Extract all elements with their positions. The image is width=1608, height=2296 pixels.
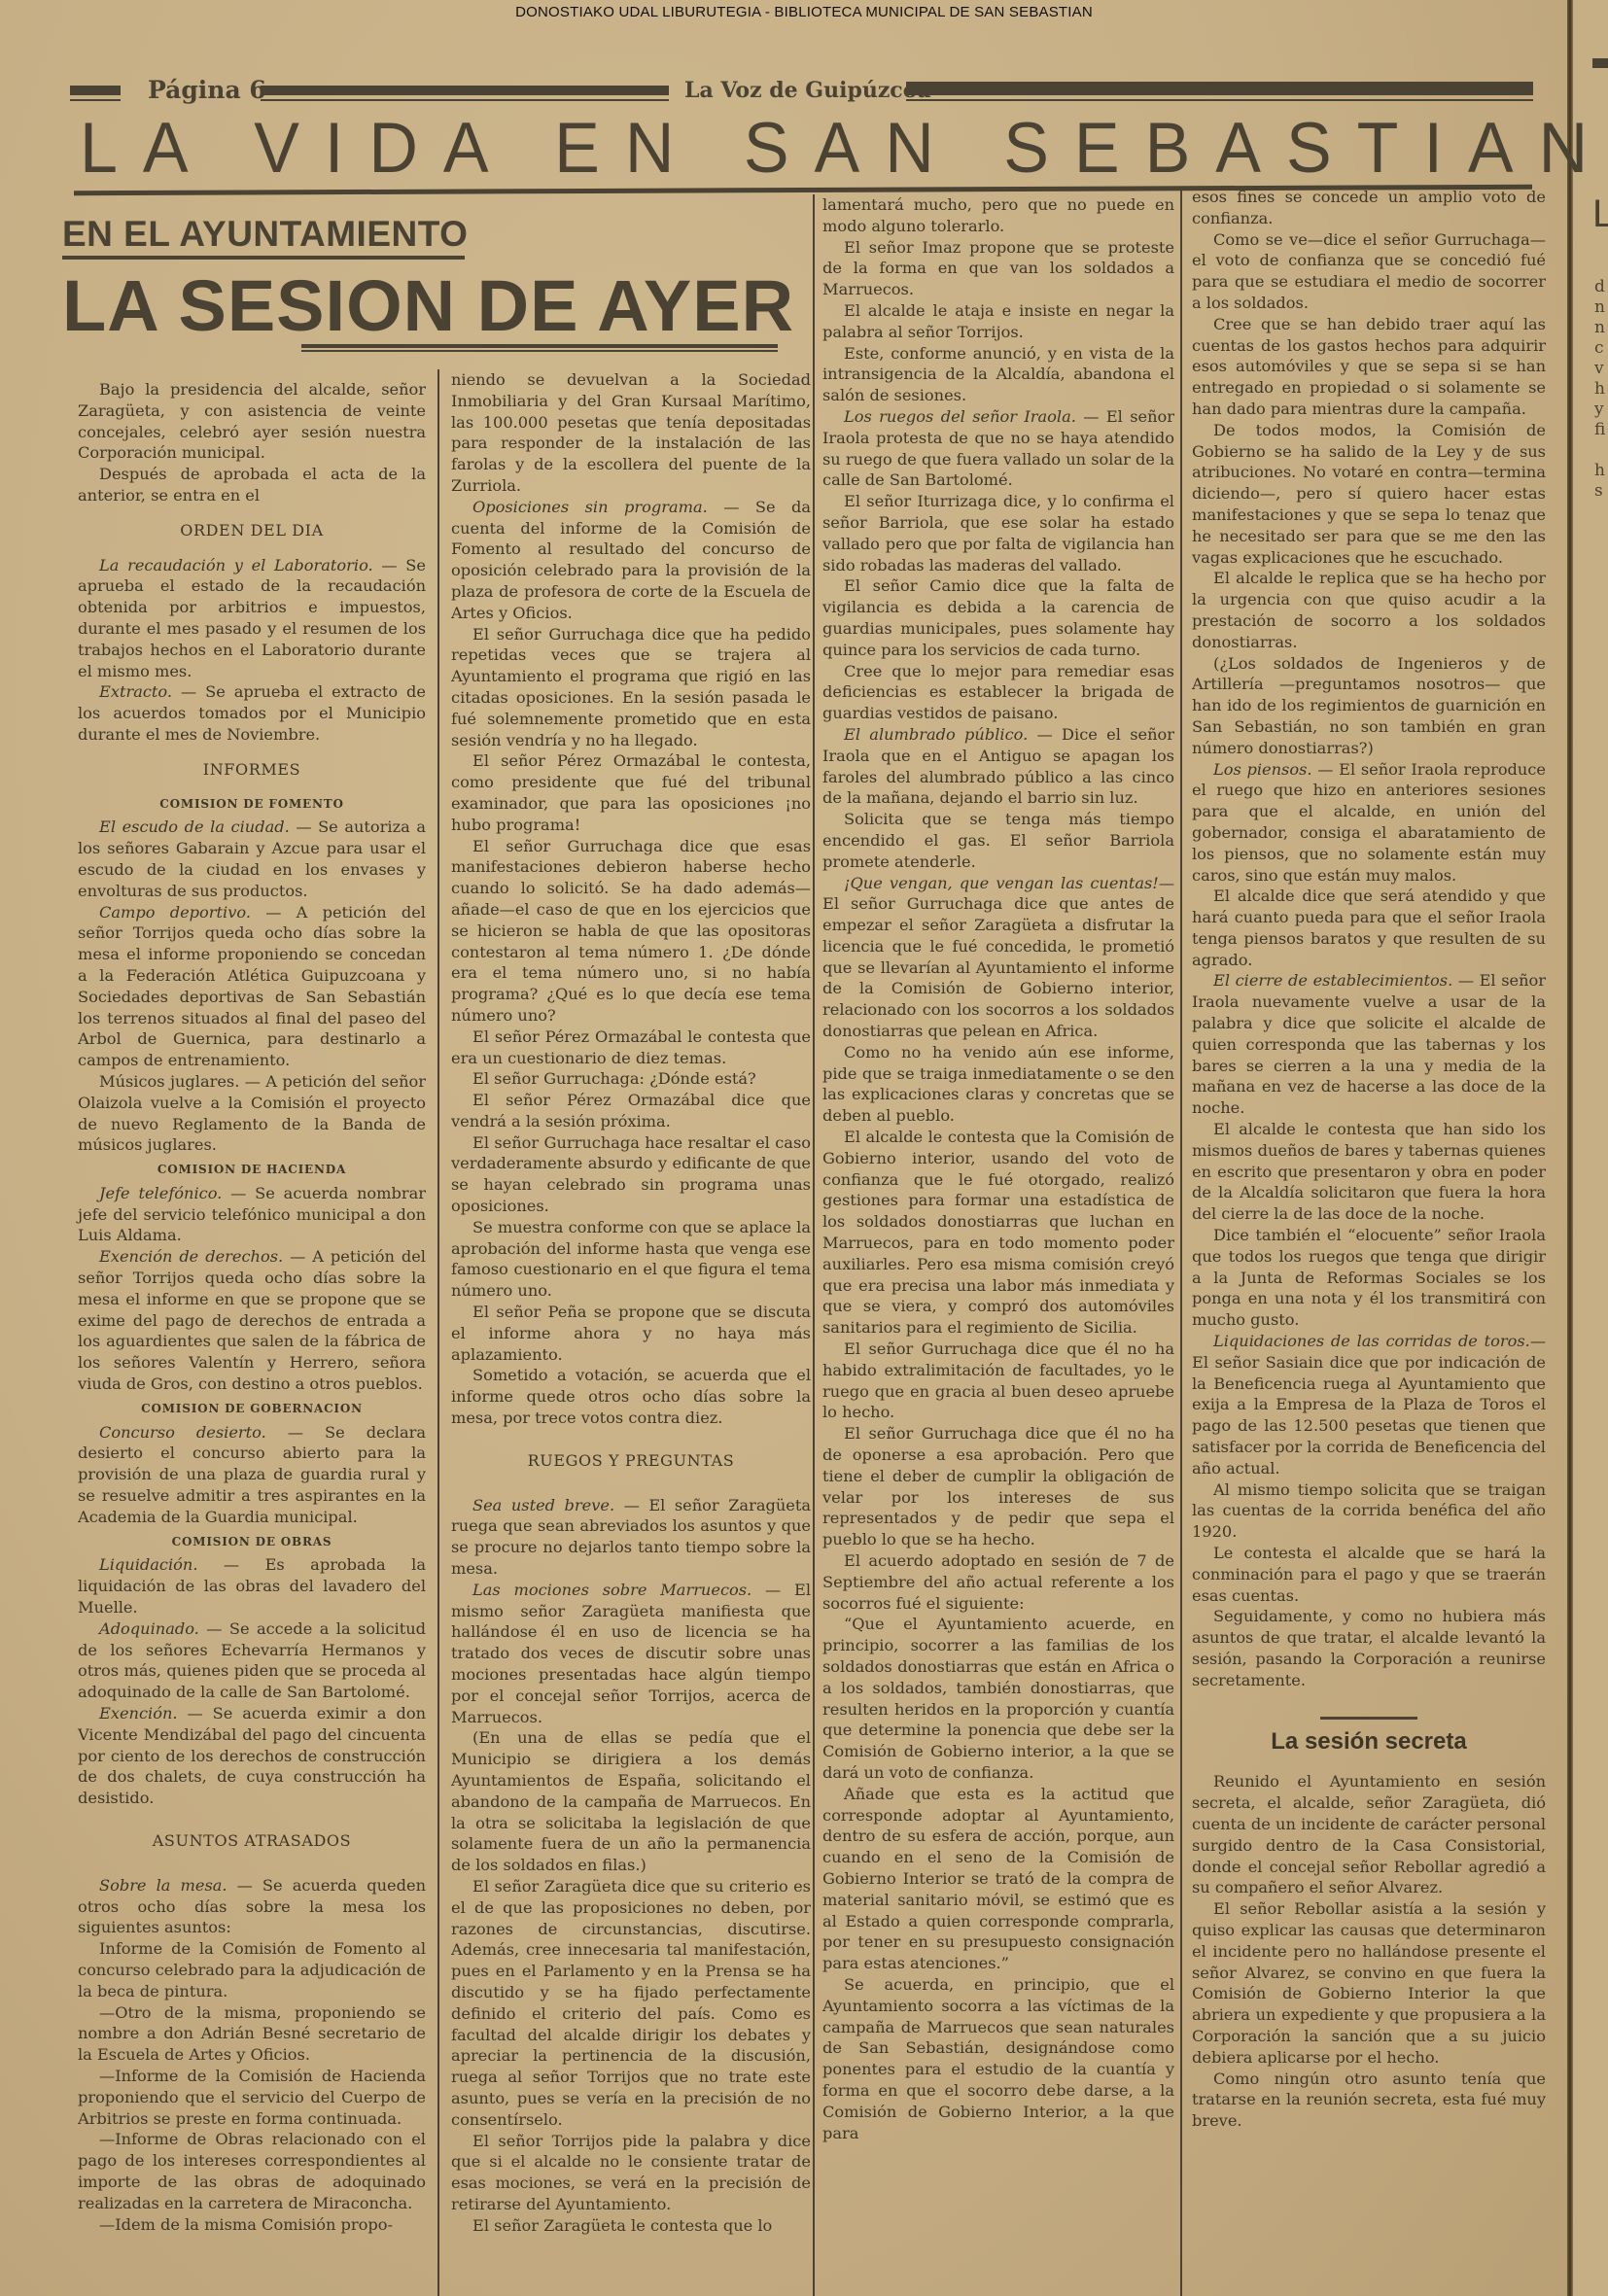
- headline-rule: [301, 344, 778, 348]
- adjacent-text-fragment: h: [1594, 461, 1605, 480]
- paragraph: Músicos juglares. — A petición del señor…: [78, 1071, 426, 1156]
- paragraph: esos fines se concede un amplio voto de …: [1192, 187, 1546, 229]
- item-text: — El mismo señor Zaragüeta manifiesta qu…: [451, 1581, 811, 1726]
- paragraph: Liquidaciones de las corridas de toros.—…: [1192, 1331, 1546, 1479]
- paragraph: Jefe telefónico. — Se acuerda nombrar je…: [78, 1183, 426, 1246]
- paragraph: (¿Los soldados de Ingenieros y de Artill…: [1192, 653, 1546, 759]
- paragraph: El señor Rebollar asistía a la sesión y …: [1192, 1898, 1546, 2068]
- folio-rule: [906, 82, 1533, 95]
- paragraph: Adoquinado. — Se accede a la solicitud d…: [78, 1618, 426, 1703]
- adjacent-text-fragment: c: [1594, 338, 1604, 358]
- item-lead: Músicos juglares.: [99, 1072, 239, 1091]
- adjacent-text-fragment: v: [1594, 359, 1604, 378]
- paragraph: El alumbrado público. — Dice el señor Ir…: [822, 724, 1174, 809]
- item-lead: Concurso desierto.: [99, 1423, 266, 1442]
- subhead-ruegos-y-preguntas: RUEGOS Y PREGUNTAS: [451, 1450, 811, 1472]
- paragraph: Como ningún otro asunto tenía que tratar…: [1192, 2069, 1546, 2132]
- adjacent-page-edge: L d n n c v h y fi h s: [1573, 0, 1608, 2296]
- paragraph: —Otro de la misma, proponiendo se nombre…: [78, 2002, 426, 2066]
- section-masthead: LA VIDA EN SAN SEBASTIAN: [80, 107, 1528, 189]
- section-divider: [1320, 1717, 1417, 1720]
- paragraph: (En una de ellas se pedía que el Municip…: [451, 1727, 811, 1876]
- item-lead: Exención.: [99, 1704, 178, 1722]
- paragraph: Se muestra conforme con que se aplace la…: [451, 1217, 811, 1302]
- article-kicker: EN EL AYUNTAMIENTO: [62, 214, 468, 255]
- paragraph: Reunido el Ayuntamiento en sesión secret…: [1192, 1771, 1546, 1898]
- article-column-2: niendo se devuelvan a la Sociedad Inmobi…: [451, 369, 811, 2237]
- item-lead: Campo deportivo.: [99, 903, 251, 922]
- adjacent-text-fragment: d: [1594, 277, 1605, 296]
- paragraph: El señor Gurruchaga dice que esas manife…: [451, 836, 811, 1026]
- column-rule: [813, 194, 815, 2296]
- item-lead: El escudo de la ciudad.: [99, 818, 290, 836]
- headline-rule: [301, 350, 778, 352]
- item-lead: Liquidación.: [99, 1555, 197, 1574]
- paragraph: Le contesta el alcalde que se hará la co…: [1192, 1543, 1546, 1606]
- subheadline-sesion-secreta: La sesión secreta: [1192, 1731, 1546, 1753]
- item-lead: Oposiciones sin programa.: [472, 498, 708, 516]
- paragraph: niendo se devuelvan a la Sociedad Inmobi…: [451, 369, 811, 497]
- paragraph: El alcalde dice que será atendido y que …: [1192, 886, 1546, 970]
- adjacent-page-masthead-letter: L: [1592, 192, 1608, 236]
- item-lead: El alumbrado público.: [844, 725, 1028, 744]
- folio-rule: [906, 99, 1533, 101]
- paragraph: Los ruegos del señor Iraola. — El señor …: [822, 406, 1174, 491]
- paragraph: Como se ve—dice el señor Gurruchaga—el v…: [1192, 229, 1546, 314]
- paragraph: El escudo de la ciudad. — Se autoriza a …: [78, 817, 426, 901]
- paragraph: Cree que se han debido traer aquí las cu…: [1192, 314, 1546, 420]
- item-text: — El señor Sasiain dice que por indicaci…: [1192, 1332, 1546, 1478]
- paragraph: El señor Gurruchaga dice que él no ha ha…: [822, 1339, 1174, 1423]
- paragraph: El señor Zaragüeta dice que su criterio …: [451, 1876, 811, 2131]
- paragraph: Informe de la Comisión de Fomento al con…: [78, 1938, 426, 2001]
- item-text: — A petición del señor Torrijos queda oc…: [78, 1247, 426, 1393]
- paragraph: El señor Gurruchaga hace resaltar el cas…: [451, 1132, 811, 1217]
- subhead-asuntos-atrasados: ASUNTOS ATRASADOS: [78, 1830, 426, 1852]
- paragraph: Extracto. — Se aprueba el extracto de lo…: [78, 681, 426, 745]
- paragraph: —Idem de la misma Comisión propo-: [78, 2214, 426, 2236]
- paragraph: El señor Pérez Ormazábal dice que vendrá…: [451, 1090, 811, 1132]
- adjacent-text-fragment: s: [1594, 481, 1603, 501]
- paragraph: Sometido a votación, se acuerda que el i…: [451, 1365, 811, 1428]
- paragraph: “Que el Ayuntamiento acuerde, en princip…: [822, 1614, 1174, 1783]
- item-lead: La recaudación y el Laboratorio.: [99, 556, 373, 574]
- paragraph: Exención. — Se acuerda eximir a don Vice…: [78, 1703, 426, 1809]
- paragraph: El señor Gurruchaga dice que él no ha de…: [822, 1423, 1174, 1550]
- subhead-comision-gobernacion: COMISION DE GOBERNACION: [78, 1399, 426, 1420]
- paragraph: Añade que esta es la actitud que corresp…: [822, 1784, 1174, 1974]
- article-column-3: lamentará mucho, pero que no puede en mo…: [822, 194, 1174, 2143]
- folio-rule: [261, 99, 669, 101]
- adjacent-page-folio-bar: [1592, 58, 1608, 68]
- paragraph: Dice también el “elocuente” señor Iraola…: [1192, 1225, 1546, 1331]
- adjacent-text-fragment: h: [1594, 379, 1605, 399]
- subhead-comision-obras: COMISION DE OBRAS: [78, 1532, 426, 1553]
- paragraph: El señor Iturrizaga dice, y lo confirma …: [822, 491, 1174, 575]
- item-text: — El señor Gurruchaga dice que antes de …: [822, 874, 1174, 1041]
- paragraph: La recaudación y el Laboratorio. — Se ap…: [78, 555, 426, 682]
- subhead-orden-del-dia: ORDEN DEL DIA: [78, 520, 426, 541]
- newspaper-name: La Voz de Guipúzcoa: [684, 78, 931, 103]
- paragraph: Campo deportivo. — A petición del señor …: [78, 902, 426, 1071]
- paragraph: El señor Pérez Ormazábal le contesta que…: [451, 1026, 811, 1069]
- paragraph: —Informe de Obras relacionado con el pag…: [78, 2129, 426, 2213]
- article-column-1: Bajo la presidencia del alcalde, señor Z…: [78, 379, 426, 2235]
- paragraph: El señor Peña se propone que se discuta …: [451, 1302, 811, 1365]
- paragraph: El señor Camio dice que la falta de vigi…: [822, 575, 1174, 660]
- paragraph: Después de aprobada el acta de la anteri…: [78, 464, 426, 506]
- paragraph: Bajo la presidencia del alcalde, señor Z…: [78, 379, 426, 464]
- archive-banner: DONOSTIAKO UDAL LIBURUTEGIA - BIBLIOTECA…: [0, 4, 1608, 20]
- item-lead: Los ruegos del señor Iraola.: [844, 407, 1076, 426]
- paragraph: El señor Torrijos pide la palabra y dice…: [451, 2131, 811, 2215]
- paragraph: El señor Zaragüeta le contesta que lo: [451, 2215, 811, 2237]
- paragraph: lamentará mucho, pero que no puede en mo…: [822, 194, 1174, 237]
- paragraph: Sobre la mesa. — Se acuerda queden otros…: [78, 1875, 426, 1938]
- folio-line: Página 6 La Voz de Guipúzcoa: [70, 78, 1533, 105]
- paragraph: Sea usted breve. — El señor Zaragüeta ru…: [451, 1495, 811, 1580]
- item-lead: El cierre de establecimientos.: [1213, 971, 1452, 990]
- adjacent-text-fragment: n: [1594, 318, 1605, 337]
- paragraph: Como no ha venido aún ese informe, pide …: [822, 1042, 1174, 1127]
- folio-rule: [261, 86, 669, 95]
- paragraph: Los piensos. — El señor Iraola reproduce…: [1192, 759, 1546, 887]
- paragraph: ¡Que vengan, que vengan las cuentas!— El…: [822, 873, 1174, 1042]
- paragraph: De todos modos, la Comisión de Gobierno …: [1192, 420, 1546, 569]
- paragraph: Oposiciones sin programa. — Se da cuenta…: [451, 497, 811, 624]
- paragraph: Las mociones sobre Marruecos. — El mismo…: [451, 1580, 811, 1728]
- article-column-4: esos fines se concede un amplio voto de …: [1192, 187, 1546, 2132]
- column-rule: [437, 369, 439, 2296]
- paragraph: El señor Gurruchaga dice que ha pedido r…: [451, 624, 811, 751]
- paragraph: Solicita que se tenga más tiempo encendi…: [822, 809, 1174, 872]
- paragraph: El cierre de establecimientos. — El seño…: [1192, 970, 1546, 1119]
- paragraph: El señor Gurruchaga: ¿Dónde está?: [451, 1068, 811, 1090]
- item-lead: ¡Que vengan, que vengan las cuentas!: [844, 874, 1159, 892]
- paragraph: Liquidación. — Es aprobada la liquidació…: [78, 1554, 426, 1618]
- paragraph: Al mismo tiempo solicita que se traigan …: [1192, 1479, 1546, 1543]
- page-number: Página 6: [148, 76, 266, 104]
- paragraph: Cree que lo mejor para remediar esas def…: [822, 661, 1174, 724]
- paragraph: Este, conforme anunció, y en vista de la…: [822, 343, 1174, 406]
- item-lead: Sobre la mesa.: [99, 1876, 227, 1895]
- item-text: — A petición del señor Torrijos queda oc…: [78, 903, 426, 1070]
- paragraph: El alcalde le contesta que han sido los …: [1192, 1119, 1546, 1225]
- paragraph: El alcalde le ataja e insiste en negar l…: [822, 300, 1174, 343]
- item-lead: Liquidaciones de las corridas de toros.: [1213, 1332, 1530, 1350]
- item-lead: Sea usted breve.: [472, 1496, 614, 1514]
- item-text: — El señor Iraola nuevamente vuelve a us…: [1192, 971, 1546, 1117]
- kicker-rule: [62, 256, 465, 260]
- paragraph: Concurso desierto. — Se declara desierto…: [78, 1422, 426, 1528]
- adjacent-text-fragment: y: [1594, 400, 1604, 419]
- paragraph: —Informe de la Comisión de Hacienda prop…: [78, 2066, 426, 2129]
- adjacent-text-fragment: fi: [1594, 420, 1605, 439]
- paragraph: Se acuerda, en principio, que el Ayuntam…: [822, 1974, 1174, 2143]
- paragraph: Seguidamente, y como no hubiera más asun…: [1192, 1606, 1546, 1690]
- paragraph: El alcalde le replica que se ha hecho po…: [1192, 568, 1546, 652]
- item-lead: Extracto.: [99, 682, 172, 701]
- subhead-comision-fomento: COMISION DE FOMENTO: [78, 794, 426, 816]
- paragraph: El acuerdo adoptado en sesión de 7 de Se…: [822, 1550, 1174, 1614]
- subhead-informes: INFORMES: [78, 759, 426, 781]
- folio-rule: [70, 99, 121, 101]
- article-headline: LA SESION DE AYER: [62, 264, 794, 347]
- item-lead: Exención de derechos.: [99, 1247, 283, 1266]
- item-lead: Los piensos.: [1213, 760, 1312, 779]
- subhead-comision-hacienda: COMISION DE HACIENDA: [78, 1160, 426, 1181]
- folio-rule: [70, 86, 121, 95]
- item-lead: Jefe telefónico.: [99, 1184, 222, 1202]
- adjacent-text-fragment: n: [1594, 297, 1605, 317]
- column-rule: [1180, 191, 1182, 2296]
- paragraph: El señor Imaz propone que se proteste de…: [822, 237, 1174, 300]
- item-lead: Adoquinado.: [99, 1619, 199, 1638]
- paragraph: El señor Pérez Ormazábal le contesta, co…: [451, 750, 811, 835]
- paragraph: El alcalde le contesta que la Comisión d…: [822, 1127, 1174, 1339]
- item-lead: Las mociones sobre Marruecos.: [472, 1581, 752, 1599]
- paragraph: Exención de derechos. — A petición del s…: [78, 1246, 426, 1395]
